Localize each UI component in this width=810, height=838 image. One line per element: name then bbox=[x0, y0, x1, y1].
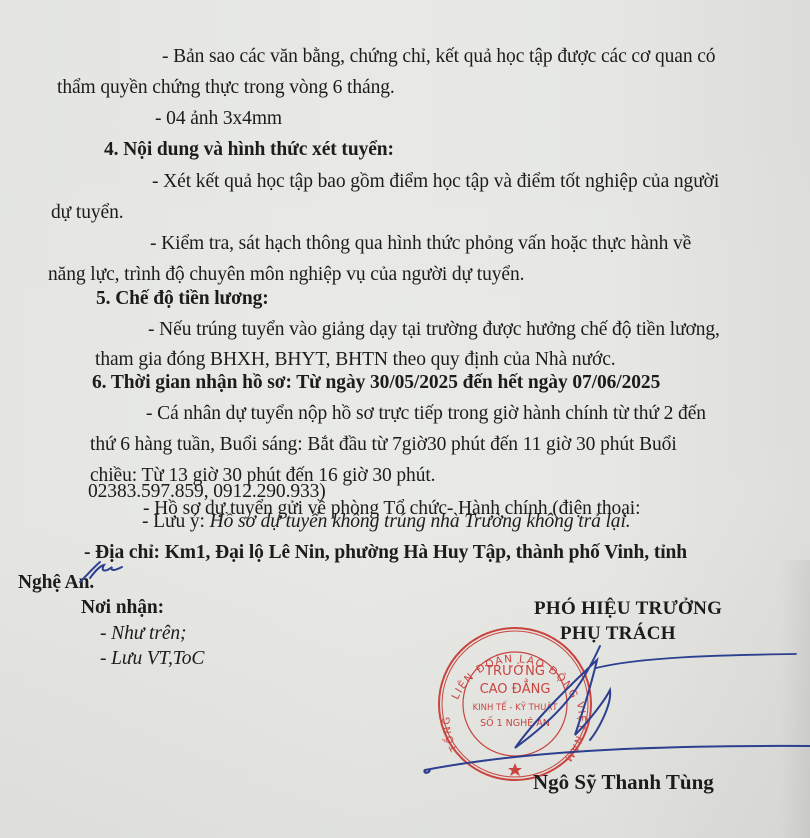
section-5-p1-line2: tham gia đóng BHXH, BHYT, BHTN theo quy … bbox=[95, 348, 616, 372]
section-5-heading: 5. Chế độ tiền lương: bbox=[96, 287, 269, 311]
paragraph-photos: - 04 ảnh 3x4mm bbox=[155, 107, 282, 131]
section-4-p2-line2: năng lực, trình độ chuyên môn nghiệp vụ … bbox=[48, 263, 524, 287]
recipients-title: Nơi nhận: bbox=[81, 596, 164, 620]
svg-text:TỔNG: TỔNG bbox=[440, 715, 461, 753]
section-4-p2-line1: - Kiểm tra, sát hạch thông qua hình thức… bbox=[150, 232, 691, 256]
paper-edge-shadow bbox=[780, 560, 810, 838]
section-6-phone-numbers: 02383.597.859, 0912.290.933) bbox=[88, 480, 326, 504]
seal-line1: TRƯỜNG bbox=[484, 663, 545, 679]
official-seal: LIÊN ĐOÀN LAO ĐỘNG TỔNG VIỆT NAM TRƯỜNG … bbox=[436, 625, 594, 783]
section-4-p1-line2: dự tuyển. bbox=[51, 201, 124, 225]
note-text: Hồ sơ dự tuyển không trúng nhà Trường kh… bbox=[210, 511, 631, 532]
section-4-p1-line1: - Xét kết quả học tập bao gồm điểm học t… bbox=[152, 170, 719, 194]
note-label: - Lưu ý: bbox=[142, 511, 210, 532]
address-label: - Địa chỉ: bbox=[84, 542, 165, 563]
seal-line2: CAO ĐẲNG bbox=[480, 679, 551, 697]
section-6-p1-line1: - Cá nhân dự tuyển nộp hồ sơ trực tiếp t… bbox=[146, 402, 706, 426]
recipient-item: - Lưu VT,ToC bbox=[100, 647, 204, 671]
section-6-heading: 6. Thời gian nhận hồ sơ: Từ ngày 30/05/2… bbox=[92, 371, 660, 395]
recipient-item: - Như trên; bbox=[100, 622, 186, 646]
section-4-heading: 4. Nội dung và hình thức xét tuyển: bbox=[104, 138, 394, 162]
star-icon bbox=[508, 763, 522, 776]
signer-name: Ngô Sỹ Thanh Tùng bbox=[533, 770, 714, 795]
seal-line4: SỐ 1 NGHỆ AN bbox=[480, 716, 550, 729]
paragraph-copies-line1: - Bản sao các văn bằng, chứng chỉ, kết q… bbox=[162, 45, 715, 69]
signer-title-line1: PHÓ HIỆU TRƯỞNG bbox=[534, 598, 722, 620]
svg-text:VIỆT NAM: VIỆT NAM bbox=[561, 701, 588, 764]
section-6-p1-line2: thứ 6 hàng tuần, Buổi sáng: Bắt đầu từ 7… bbox=[90, 433, 677, 457]
section-5-p1-line1: - Nếu trúng tuyển vào giảng dạy tại trườ… bbox=[148, 318, 720, 342]
paragraph-copies-line2: thẩm quyền chứng thực trong vòng 6 tháng… bbox=[57, 76, 395, 100]
section-6-note: - Lưu ý: Hồ sơ dự tuyển không trúng nhà … bbox=[142, 510, 631, 534]
seal-line3: KINH TẾ - KỸ THUẬT bbox=[473, 701, 559, 713]
address-line1: - Địa chỉ: Km1, Đại lộ Lê Nin, phường Hà… bbox=[84, 541, 687, 565]
address-line2: Nghệ An. bbox=[18, 571, 94, 595]
address-text: Km1, Đại lộ Lê Nin, phường Hà Huy Tập, t… bbox=[165, 542, 687, 563]
seal-graphic: LIÊN ĐOÀN LAO ĐỘNG TỔNG VIỆT NAM TRƯỜNG … bbox=[436, 625, 594, 783]
